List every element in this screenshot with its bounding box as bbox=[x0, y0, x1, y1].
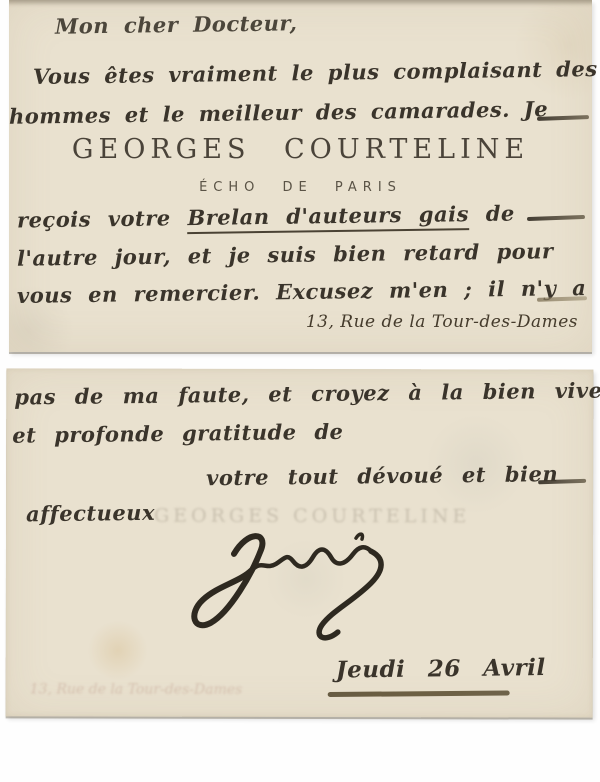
signature-flourish-drawing bbox=[184, 524, 464, 665]
pen-stroke-tail bbox=[538, 479, 586, 485]
handwritten-line: affectueux bbox=[26, 500, 155, 527]
handwritten-line: l'autre jour, et je suis bien retard pou… bbox=[17, 238, 554, 270]
handwritten-date: Jeudi 26 Avril bbox=[336, 654, 546, 683]
printed-name: GEORGES COURTELINE bbox=[9, 134, 592, 165]
pen-stroke-tail bbox=[537, 115, 589, 121]
handwritten-line: reçois votre Brelan d'auteurs gais de bbox=[17, 201, 515, 233]
handwritten-line: pas de ma faute, et croyez à la bien viv… bbox=[14, 378, 600, 410]
visiting-card-back: GEORGES COURTELINE 13, Rue de la Tour-de… bbox=[6, 368, 594, 717]
show-through-printed-address: 13, Rue de la Tour-des-Dames bbox=[30, 681, 243, 697]
pen-stroke-tail bbox=[527, 215, 585, 221]
handwritten-line: vous en remercier. Excusez m'en ; il n'y… bbox=[17, 275, 587, 308]
handwritten-segment: de bbox=[469, 201, 515, 227]
handwritten-salutation: Mon cher Docteur, bbox=[55, 10, 298, 38]
pen-stroke-tail bbox=[537, 296, 587, 302]
visiting-card-front: Mon cher Docteur, Vous êtes vraiment le … bbox=[9, 0, 592, 352]
date-underline-stroke bbox=[328, 690, 510, 697]
handwritten-line: Vous êtes vraiment le plus complaisant d… bbox=[33, 56, 598, 89]
handwritten-segment: reçois votre bbox=[17, 205, 188, 232]
handwritten-underlined-title: Brelan d'auteurs gais bbox=[187, 201, 469, 234]
printed-address: 13, Rue de la Tour-des-Dames bbox=[306, 312, 578, 332]
scanned-photograph: Mon cher Docteur, Vous êtes vraiment le … bbox=[0, 0, 600, 782]
handwritten-line: votre tout dévoué et bien bbox=[206, 461, 558, 490]
handwritten-line: hommes et le meilleur des camarades. Je bbox=[9, 96, 548, 129]
printed-affiliation: ÉCHO DE PARIS bbox=[9, 180, 592, 195]
handwritten-line: et profonde gratitude de bbox=[12, 419, 343, 448]
signature bbox=[184, 524, 464, 665]
